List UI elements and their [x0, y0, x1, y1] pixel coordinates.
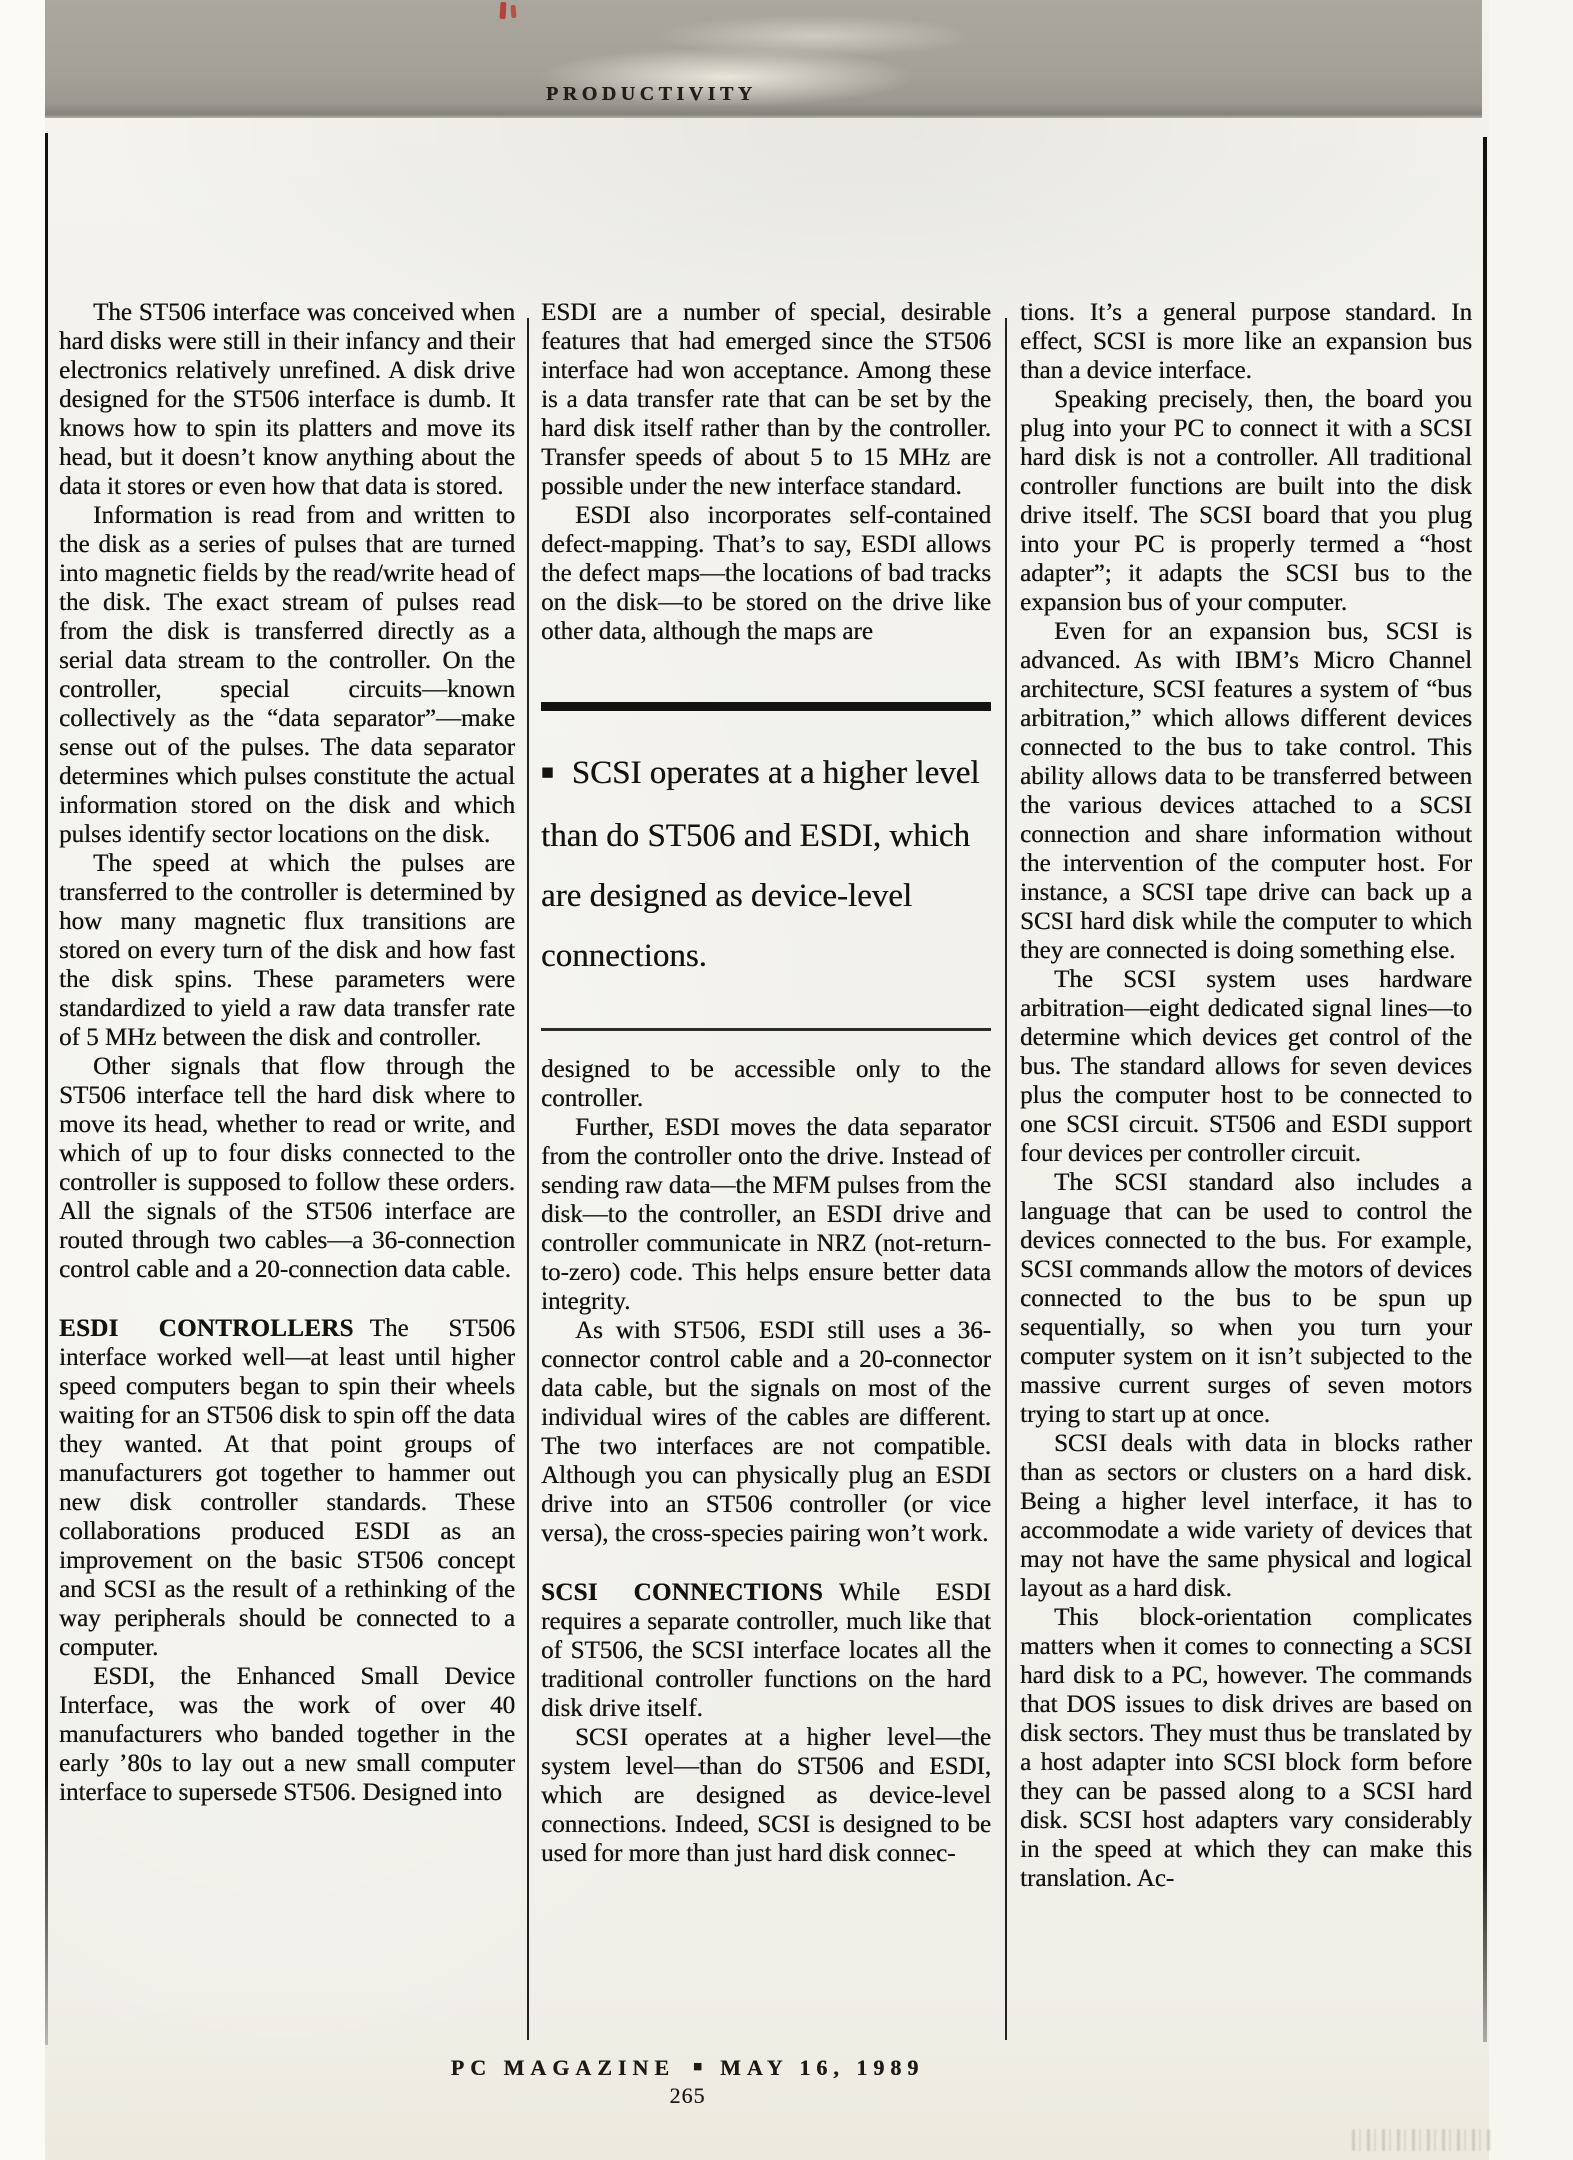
column-2-lower-text: designed to be accessible only to the co…	[541, 1055, 991, 1868]
paragraph: The speed at which the pulses are transf…	[59, 849, 515, 1052]
paragraph: Further, ESDI moves the data separator f…	[541, 1113, 991, 1316]
page-right-rule	[1483, 137, 1487, 2042]
footer-magazine-name: PC MAGAZINE	[451, 2055, 675, 2081]
section-label: PRODUCTIVITY	[546, 84, 757, 104]
column-2-upper-text: ESDI are a number of special, desirable …	[541, 298, 991, 646]
page-number: 265	[455, 2083, 920, 2109]
column-divider-rule	[1005, 318, 1007, 2040]
section-heading: SCSI CONNECTIONS	[541, 1579, 839, 1606]
paragraph: SCSI operates at a higher level—the syst…	[541, 1723, 991, 1868]
paragraph: ESDI CONTROLLERSThe ST506 interface work…	[59, 1314, 515, 1662]
pull-quote-text: SCSI operates at a higher level than do …	[541, 755, 979, 974]
scan-left-margin	[0, 0, 45, 2160]
paragraph: Even for an expansion bus, SCSI is advan…	[1020, 617, 1472, 965]
pull-quote-text-block: ■SCSI operates at a higher level than do…	[541, 743, 991, 986]
square-bullet-icon: ■	[693, 2059, 702, 2076]
scan-right-margin	[1489, 0, 1573, 2160]
header-light-blotch	[605, 8, 1025, 64]
footer-issue-date: MAY 16, 1989	[720, 2055, 924, 2081]
paragraph: Other signals that flow through the ST50…	[59, 1052, 515, 1284]
section-heading: ESDI CONTROLLERS	[59, 1315, 370, 1342]
paragraph: As with ST506, ESDI still uses a 36-conn…	[541, 1316, 991, 1548]
paragraph: The SCSI standard also includes a langua…	[1020, 1168, 1472, 1429]
footer: PC MAGAZINE ■ MAY 16, 1989	[455, 2055, 920, 2081]
article-column-3: tions. It’s a general purpose standard. …	[1020, 298, 1472, 2045]
paragraph: tions. It’s a general purpose standard. …	[1020, 298, 1472, 385]
paragraph: This block-orientation complicates matte…	[1020, 1603, 1472, 1893]
scan-watermark	[1352, 2129, 1494, 2151]
page-left-rule	[45, 133, 48, 2045]
paragraph: ESDI also incorporates self-contained de…	[541, 501, 991, 646]
column-divider-rule	[527, 318, 529, 2040]
paragraph: The ST506 interface was conceived when h…	[59, 298, 515, 501]
paragraph: SCSI CONNECTIONSWhile ESDI requires a se…	[541, 1578, 991, 1723]
paragraph: Speaking precisely, then, the board you …	[1020, 385, 1472, 617]
header-band: PRODUCTIVITY	[45, 0, 1482, 118]
paragraph: The SCSI system uses hardware arbitratio…	[1020, 965, 1472, 1168]
pull-quote-bottom-rule	[541, 1028, 991, 1031]
paragraph: designed to be accessible only to the co…	[541, 1055, 991, 1113]
square-bullet-icon: ■	[541, 742, 554, 802]
paragraph: ESDI are a number of special, desirable …	[541, 298, 991, 501]
pull-quote: ■SCSI operates at a higher level than do…	[541, 702, 991, 1031]
article-column-1: The ST506 interface was conceived when h…	[59, 298, 515, 2045]
paragraph: Information is read from and written to …	[59, 501, 515, 849]
pull-quote-top-rule	[541, 702, 991, 711]
paragraph: ESDI, the Enhanced Small Device Interfac…	[59, 1662, 515, 1807]
magazine-page: PRODUCTIVITY The ST506 interface was con…	[0, 0, 1573, 2160]
article-column-2: ESDI are a number of special, desirable …	[541, 298, 991, 2045]
paragraph: SCSI deals with data in blocks rather th…	[1020, 1429, 1472, 1603]
paragraph-text: The ST506 interface worked well—at least…	[59, 1315, 515, 1661]
